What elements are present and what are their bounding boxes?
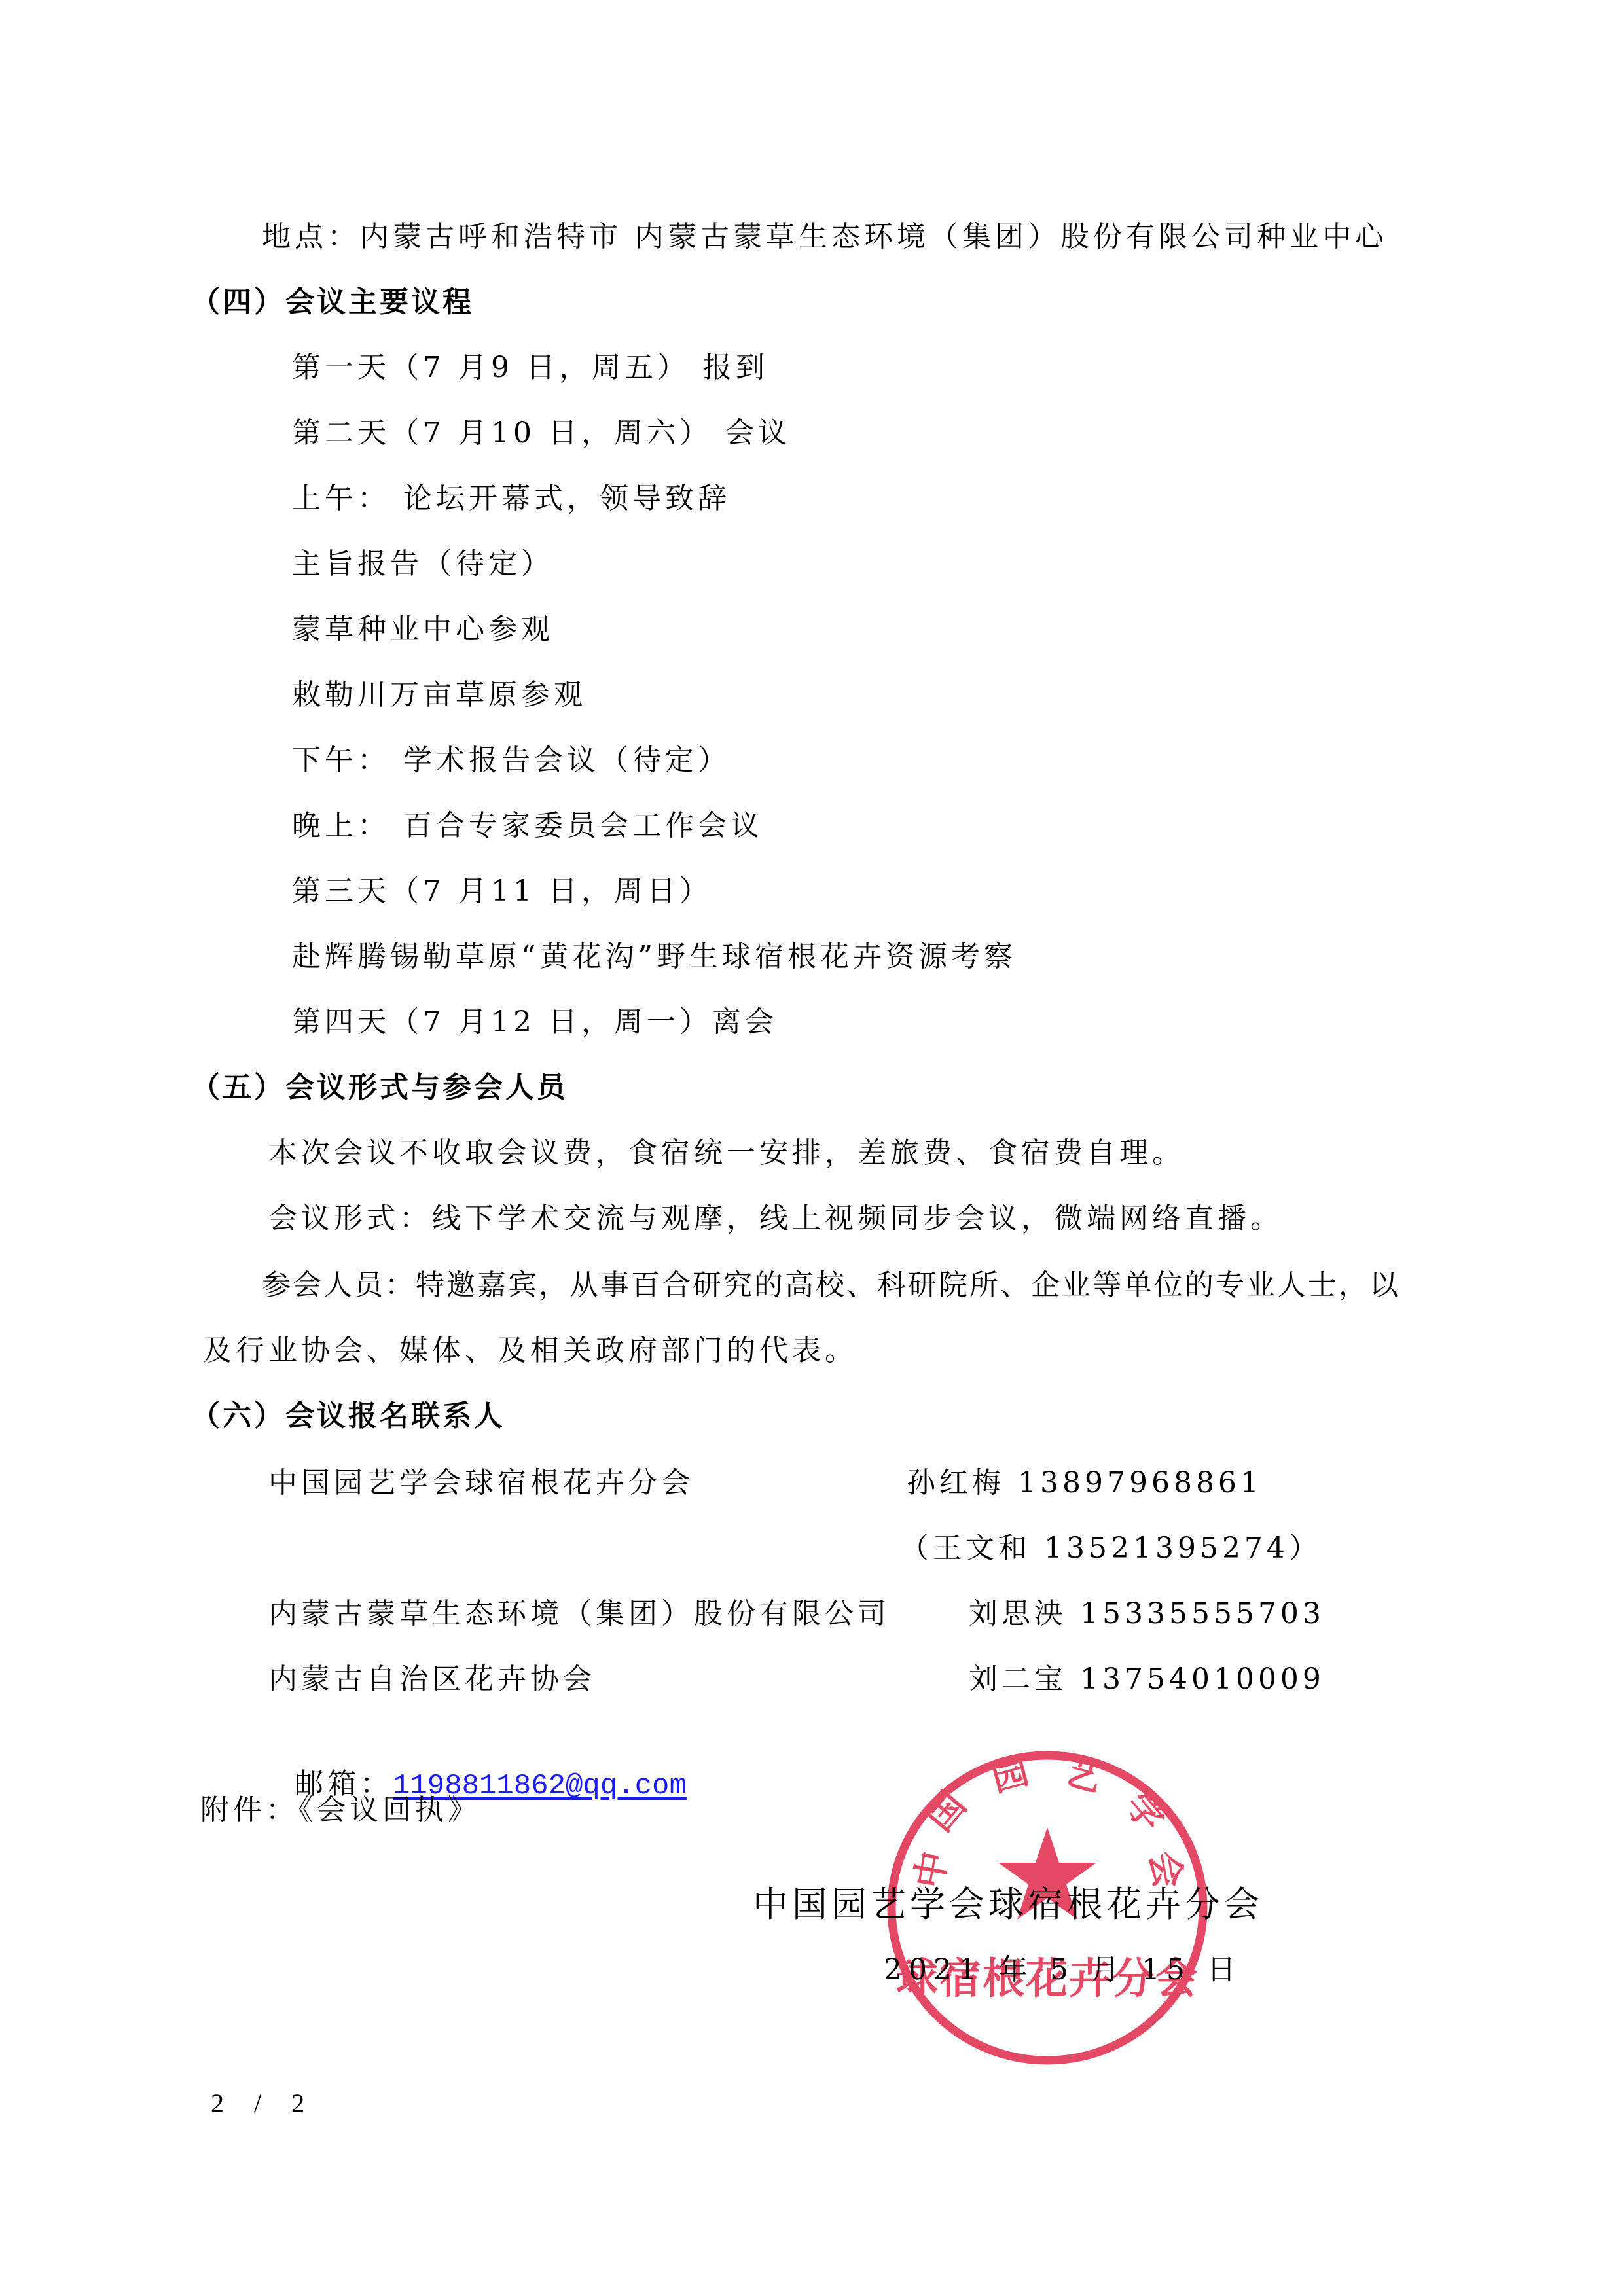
agenda-item: 第二天（7 月10 日，周六） 会议	[292, 414, 791, 453]
signature-date: 2021 年 5 月 15 日	[884, 1950, 1242, 1990]
section-5-heading: （五）会议形式与参会人员	[191, 1068, 568, 1107]
section-6-heading: （六）会议报名联系人	[191, 1397, 505, 1436]
contact-person: 刘二宝 13754010009	[969, 1660, 1325, 1699]
stamp-char: 学	[1117, 1784, 1173, 1840]
location-line: 地点：内蒙古呼和浩特市 内蒙古蒙草生态环境（集团）股份有限公司种业中心	[262, 217, 1388, 257]
agenda-item: 上午： 论坛开幕式，领导致辞	[292, 479, 731, 518]
contact-person: 孙红梅 13897968861	[907, 1463, 1263, 1503]
contact-org: 内蒙古自治区花卉协会	[268, 1660, 596, 1699]
agenda-item: 第四天（7 月12 日，周一）离会	[292, 1003, 778, 1042]
agenda-item: 下午： 学术报告会议（待定）	[292, 741, 731, 780]
format-line: 会议形式：线下学术交流与观摩，线上视频同步会议，微端网络直播。	[268, 1199, 1283, 1238]
attachment-line: 附件：《会议回执》	[200, 1791, 480, 1830]
contact-org: 中国园艺学会球宿根花卉分会	[268, 1463, 694, 1503]
contact-person: 刘思泱 15335555703	[969, 1594, 1325, 1634]
agenda-item: 蒙草种业中心参观	[292, 610, 554, 649]
signature-org: 中国园艺学会球宿根花卉分会	[753, 1885, 1263, 1924]
section-4-heading: （四）会议主要议程	[191, 283, 474, 322]
page-number: 2 / 2	[211, 2084, 316, 2123]
agenda-item: 第三天（7 月11 日，周日）	[292, 872, 712, 911]
agenda-item: 主旨报告（待定）	[292, 545, 554, 584]
attendees-line-continued: 及行业协会、媒体、及相关政府部门的代表。	[203, 1331, 857, 1371]
agenda-item: 第一天（7 月9 日，周五） 报到	[292, 348, 768, 387]
contact-person: （王文和 13521395274）	[900, 1529, 1322, 1568]
agenda-item: 赴辉腾锡勒草原“黄花沟”野生球宿根花卉资源考察	[292, 937, 1017, 977]
fee-line: 本次会议不收取会议费，食宿统一安排，差旅费、食宿费自理。	[268, 1134, 1185, 1173]
agenda-item: 晚上： 百合专家委员会工作会议	[292, 806, 763, 846]
agenda-item: 敕勒川万亩草原参观	[292, 675, 586, 715]
stamp-char: 国	[918, 1784, 975, 1840]
contact-org: 内蒙古蒙草生态环境（集团）股份有限公司	[268, 1594, 890, 1634]
attendees-line: 参会人员：特邀嘉宾，从事百合研究的高校、科研院所、企业等单位的专业人士，以	[262, 1266, 1400, 1305]
